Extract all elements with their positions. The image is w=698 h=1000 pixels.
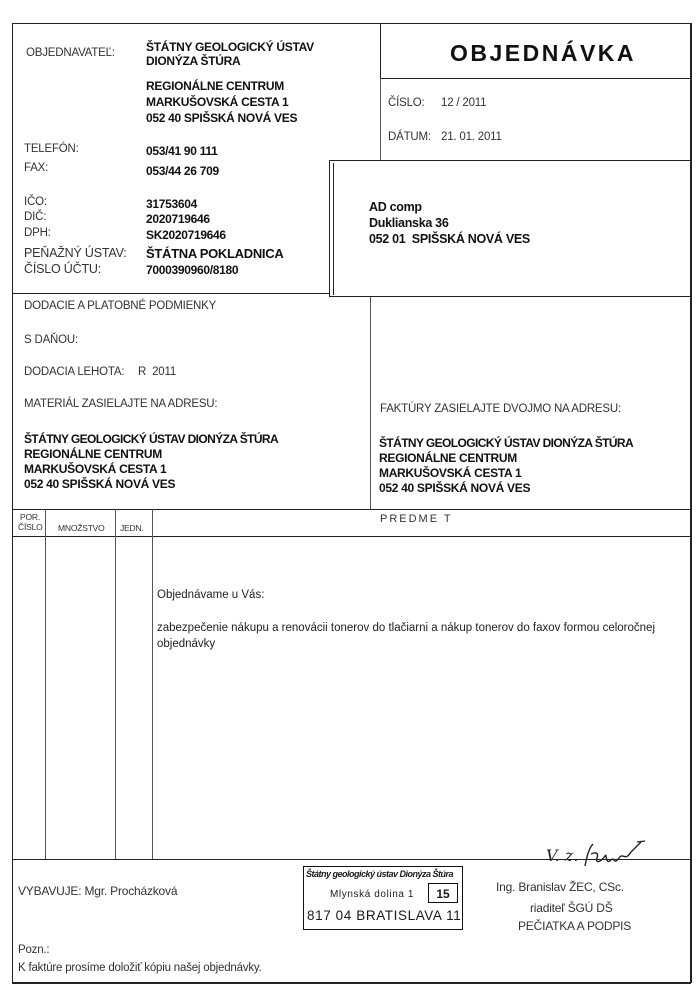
title-divider xyxy=(380,23,381,78)
address-line: ŠTÁTNY GEOLOGICKÝ ÚSTAV DIONÝZA ŠTÚRA xyxy=(379,436,633,451)
address-line: MARKUŠOVSKÁ CESTA 1 xyxy=(24,462,278,477)
orderer-name: ŠTÁTNY GEOLOGICKÝ ÚSTAV DIONÝZA ŠTÚRA xyxy=(146,40,314,68)
official-stamp: Štátny geologický ústav Dionýza Štúra Ml… xyxy=(303,866,463,930)
frame-bottom xyxy=(12,982,691,984)
supplier-address: AD comp Duklianska 36 052 01 SPIŠSKÁ NOV… xyxy=(369,199,530,247)
signature-scribble-icon xyxy=(575,838,655,874)
material-address: ŠTÁTNY GEOLOGICKÝ ÚSTAV DIONÝZA ŠTÚRA RE… xyxy=(24,432,278,492)
col-divider-3 xyxy=(152,509,153,859)
invoice-address: ŠTÁTNY GEOLOGICKÝ ÚSTAV DIONÝZA ŠTÚRA RE… xyxy=(379,436,633,496)
terms-top xyxy=(12,293,330,294)
number-value: 12 / 2011 xyxy=(441,97,486,109)
bank-value: ŠTÁTNA POKLADNICA xyxy=(146,246,283,261)
col-header-subject: PREDME T xyxy=(380,513,453,525)
order-intro: Objednávame u Vás: xyxy=(157,587,264,603)
signature-mark: V. z. xyxy=(546,846,578,865)
stamp-line-2: Mlynská dolina 1 xyxy=(330,889,414,900)
orderer-line: 052 40 SPIŠSKÁ NOVÁ VES xyxy=(146,110,297,126)
stamp-line-3: 817 04 BRATISLAVA 11 xyxy=(307,908,461,923)
date-value: 21. 01. 2011 xyxy=(441,131,502,143)
signatory-name: Ing. Branislav ŽEC, CSc. xyxy=(496,880,624,894)
orderer-label: OBJEDNAVATEĽ: xyxy=(26,47,115,59)
dic-label: DIČ: xyxy=(24,211,46,223)
col-header-por: POR. ČÍSLO xyxy=(18,512,43,532)
document-title: OBJEDNÁVKA xyxy=(450,40,636,67)
dph-value: SK2020719646 xyxy=(146,228,226,242)
table-top xyxy=(12,509,691,510)
delivery-value: R 2011 xyxy=(138,366,176,378)
note-label: Pozn.: xyxy=(18,944,49,956)
frame-right xyxy=(690,23,692,983)
supplier-box-inner-left xyxy=(333,163,334,295)
tax-label: S DAŇOU: xyxy=(24,334,78,346)
supplier-line: AD comp xyxy=(369,199,530,215)
ico-label: IČO: xyxy=(24,196,47,208)
frame-left xyxy=(12,23,13,983)
orderer-line: REGIONÁLNE CENTRUM xyxy=(146,78,297,94)
header-divider xyxy=(380,78,381,160)
col-divider-1 xyxy=(45,509,46,859)
frame-top xyxy=(12,23,691,24)
signatory-role: riaditeľ ŠGÚ DŠ xyxy=(530,901,613,915)
address-line: ŠTÁTNY GEOLOGICKÝ ÚSTAV DIONÝZA ŠTÚRA xyxy=(24,432,278,447)
fax-label: FAX: xyxy=(24,162,48,174)
stamp-number: 15 xyxy=(428,883,458,903)
address-line: 052 40 SPIŠSKÁ NOVÁ VES xyxy=(379,481,633,496)
invoice-label: FAKTÚRY ZASIELAJTE DVOJMO NA ADRESU: xyxy=(380,403,621,415)
ico-value: 31753604 xyxy=(146,197,197,211)
orderer-line: MARKUŠOVSKÁ CESTA 1 xyxy=(146,94,297,110)
orderer-line: ŠTÁTNY GEOLOGICKÝ ÚSTAV xyxy=(146,40,314,54)
address-line: REGIONÁLNE CENTRUM xyxy=(24,447,278,462)
number-label: ČÍSLO: xyxy=(388,97,425,109)
handled-by: VYBAVUJE: Mgr. Procházková xyxy=(18,884,177,898)
col-divider-2 xyxy=(115,509,116,859)
table-header-bottom xyxy=(12,536,691,537)
terms-divider xyxy=(370,297,371,510)
delivery-label: DODACIA LEHOTA: xyxy=(24,366,124,378)
col-header-unit: JEDN. xyxy=(120,523,144,533)
dph-label: DPH: xyxy=(24,227,51,239)
date-label: DÁTUM: xyxy=(388,131,431,143)
title-bottom xyxy=(380,78,690,79)
account-label: ČÍSLO ÚČTU: xyxy=(24,262,101,276)
dic-value: 2020719646 xyxy=(146,212,210,226)
fax-value: 053/44 26 709 xyxy=(146,164,219,178)
stamp-line-1: Štátny geologický ústav Dionýza Štúra xyxy=(306,869,453,879)
signature-caption: PEČIATKA A PODPIS xyxy=(518,919,631,933)
material-label: MATERIÁL ZASIELAJTE NA ADRESU: xyxy=(24,398,217,410)
supplier-line: Duklianska 36 xyxy=(369,215,530,231)
orderer-line: DIONÝZA ŠTÚRA xyxy=(146,54,314,68)
account-value: 7000390960/8180 xyxy=(146,263,238,277)
phone-value: 053/41 90 111 xyxy=(146,144,218,158)
note-text: K faktúre prosíme doložiť kópiu našej ob… xyxy=(18,962,262,974)
order-description: zabezpečenie nákupu a renovácii tonerov … xyxy=(157,620,677,652)
address-line: MARKUŠOVSKÁ CESTA 1 xyxy=(379,466,633,481)
address-line: REGIONÁLNE CENTRUM xyxy=(379,451,633,466)
address-line: 052 40 SPIŠSKÁ NOVÁ VES xyxy=(24,477,278,492)
col-header-quantity: MNOŽSTVO xyxy=(58,523,105,533)
bank-label: PEŇAŽNÝ ÚSTAV: xyxy=(24,246,127,260)
phone-label: TELEFÓN: xyxy=(24,143,79,155)
terms-heading: DODACIE A PLATOBNÉ PODMIENKY xyxy=(24,300,216,312)
supplier-line: 052 01 SPIŠSKÁ NOVÁ VES xyxy=(369,231,530,247)
orderer-address: REGIONÁLNE CENTRUM MARKUŠOVSKÁ CESTA 1 0… xyxy=(146,78,297,126)
